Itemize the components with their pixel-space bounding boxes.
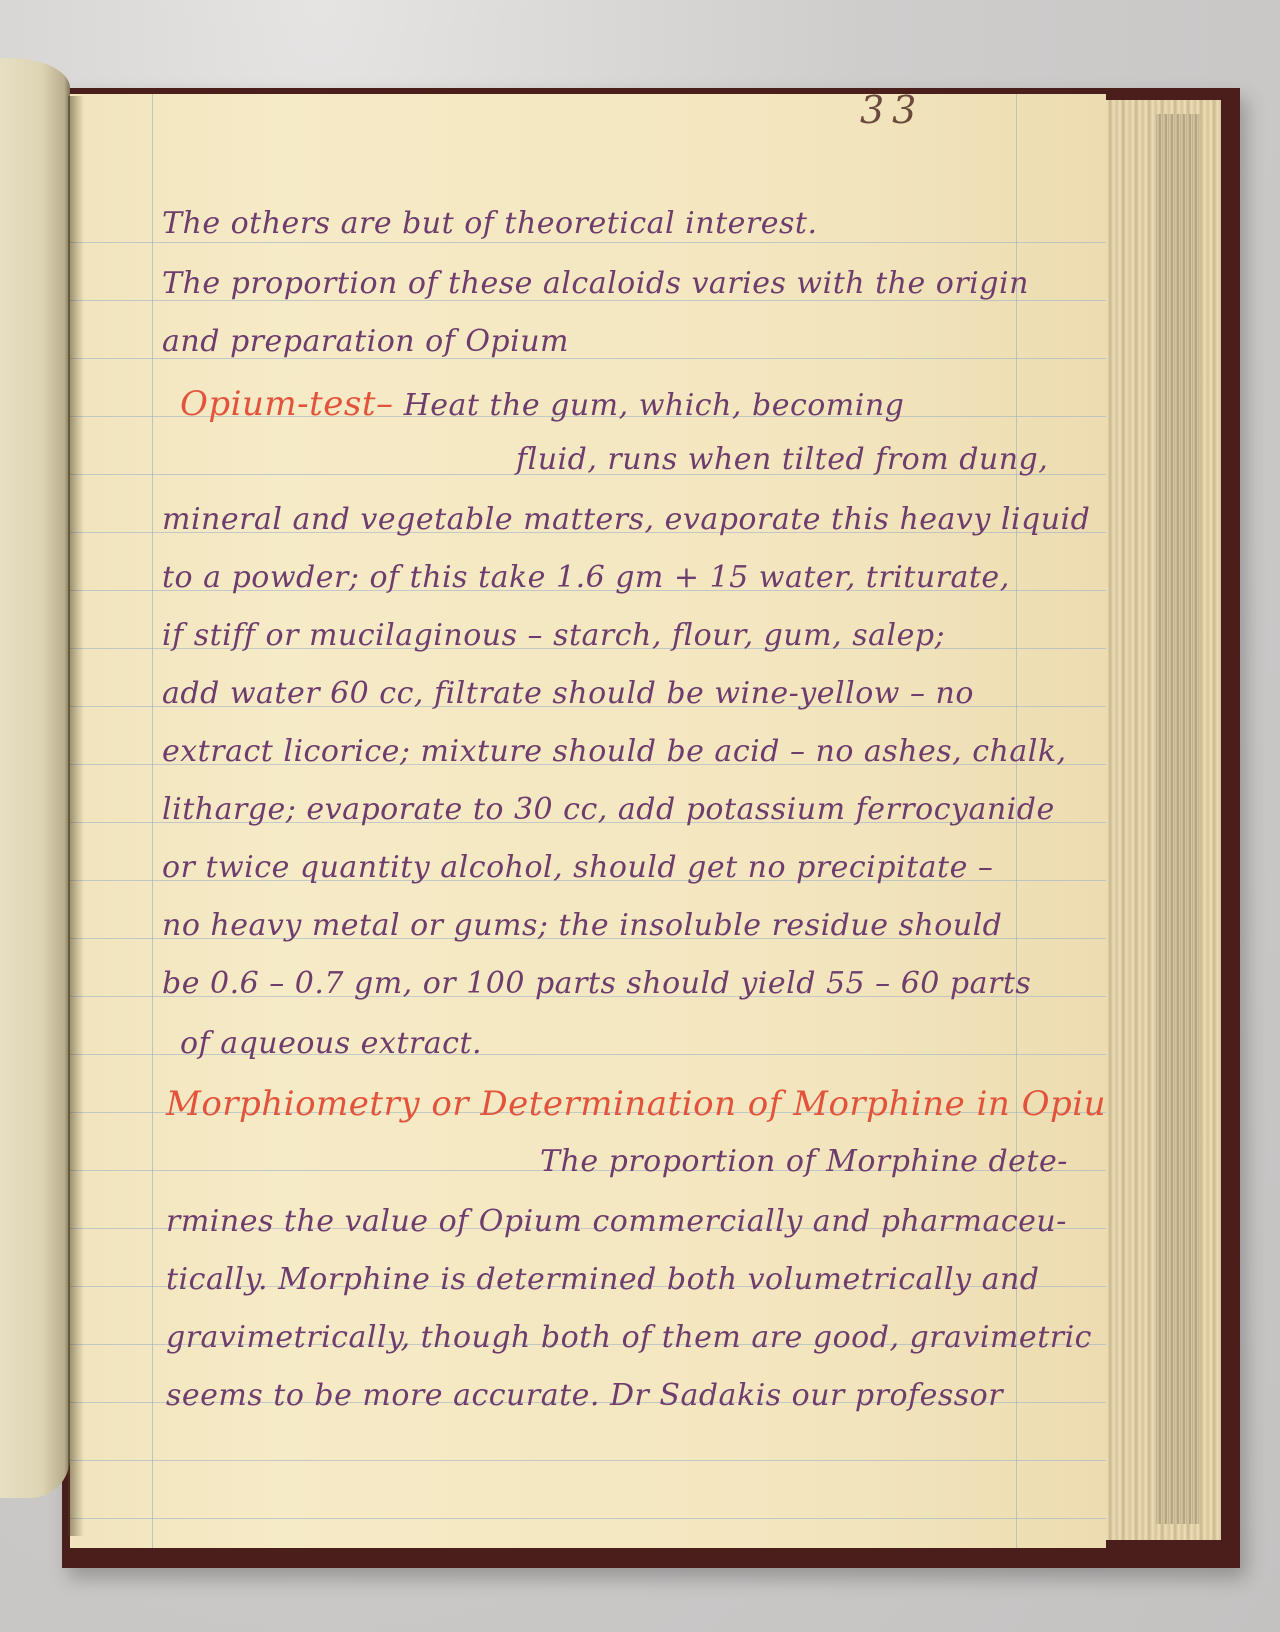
text-line: mineral and vegetable matters, evaporate… (162, 502, 1090, 537)
left-page-curl (0, 58, 70, 1498)
notebook-page: 33 The others are but of theoretical int… (70, 94, 1106, 1548)
ruled-line (70, 1460, 1106, 1461)
text-line: seems to be more accurate. Dr Sadakis ou… (166, 1378, 1003, 1413)
text-line: no heavy metal or gums; the insoluble re… (162, 908, 1002, 943)
gutter-shadow (68, 96, 84, 1536)
text-line: rmines the value of Opium commercially a… (166, 1204, 1067, 1239)
text-line: if stiff or mucilaginous – starch, flour… (162, 618, 945, 653)
page-stack-inner (1156, 114, 1200, 1524)
text-line: add water 60 cc, filtrate should be wine… (162, 676, 974, 711)
text-line: extract licorice; mixture should be acid… (162, 734, 1067, 769)
text-line: be 0.6 – 0.7 gm, or 100 parts should yie… (162, 966, 1031, 1001)
text-line: to a powder; of this take 1.6 gm + 15 wa… (162, 560, 1010, 595)
text-line: fluid, runs when tilted from dung, (516, 442, 1048, 477)
opium-test-heading: Opium-test– (180, 384, 394, 424)
text-line: The proportion of Morphine dete- (540, 1144, 1068, 1179)
text-line: or twice quantity alcohol, should get no… (162, 850, 993, 885)
ruled-line (70, 1518, 1106, 1519)
text-line: tically. Morphine is determined both vol… (166, 1262, 1039, 1297)
morphiometry-heading: Morphiometry or Determination of Morphin… (166, 1084, 1106, 1124)
page-stack-edge (1100, 100, 1221, 1540)
text-line: The proportion of these alcaloids varies… (162, 266, 1029, 301)
text-line: litharge; evaporate to 30 cc, add potass… (162, 792, 1055, 827)
left-margin-line (152, 94, 153, 1548)
page-number: 33 (860, 94, 924, 132)
text-line: and preparation of Opium (162, 324, 569, 359)
opium-test-line: Opium-test– Heat the gum, which, becomin… (180, 384, 904, 424)
opium-test-text: Heat the gum, which, becoming (404, 388, 905, 423)
text-line: gravimetrically, though both of them are… (166, 1320, 1092, 1355)
text-line: of aqueous extract. (180, 1026, 482, 1061)
ruled-line (70, 242, 1106, 243)
text-line: The others are but of theoretical intere… (162, 206, 817, 241)
